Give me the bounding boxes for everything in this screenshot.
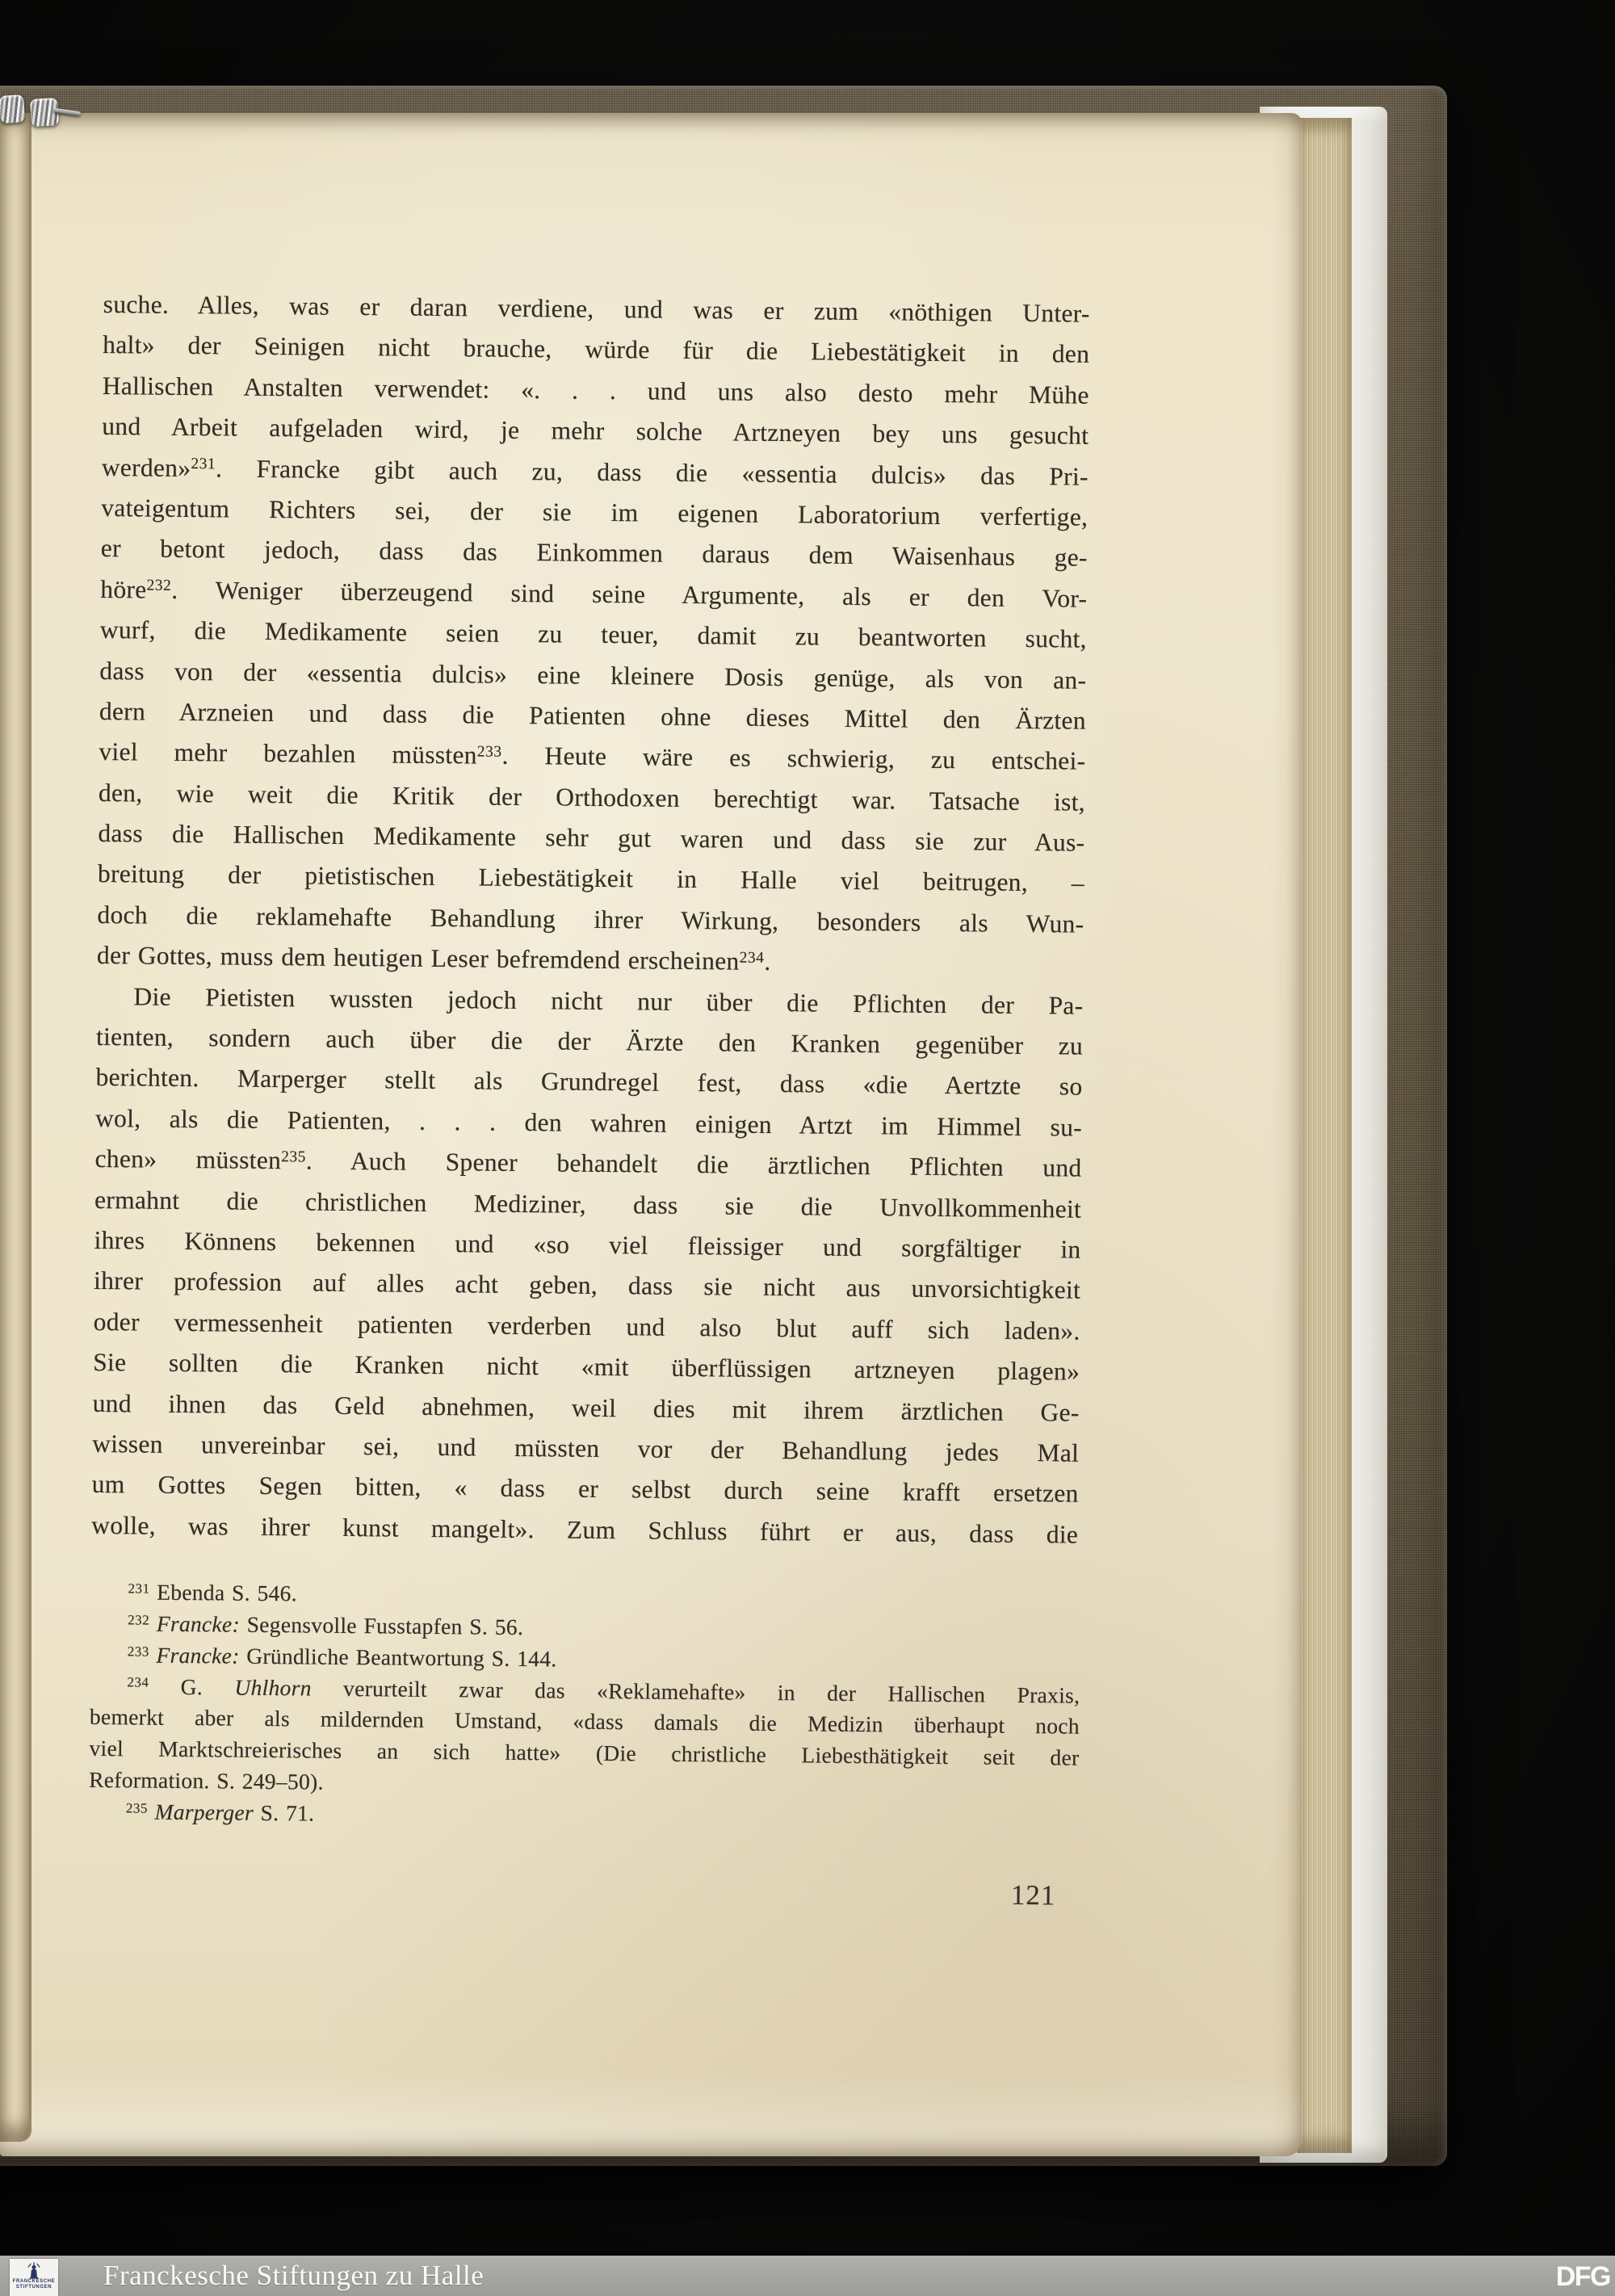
dfg-logo: DFG [1556,2256,1610,2296]
scan-info-bar: FRANCKESCHE STIFTUNGEN Franckesche Stift… [0,2256,1615,2296]
binding-spring-icon [30,98,59,127]
binding-spring-icon [0,94,25,124]
institution-name: Franckesche Stiftungen zu Halle [103,2256,484,2296]
footnotes: 231 Ebenda S. 546.232 Francke: Segensvol… [89,1576,1081,1836]
page-stack-fore-edge [1297,118,1352,2153]
body-paragraphs: suche. Alles, was er daran verdiene, und… [91,284,1090,1555]
institution-logo: FRANCKESCHE STIFTUNGEN [10,2259,58,2296]
institution-logo-text: FRANCKESCHE [13,2279,56,2285]
facing-page-sliver [0,113,31,2142]
text-line: wolle, was ihrer kunst mangelt». Zum Sch… [91,1505,1078,1555]
page-text: suche. Alles, was er daran verdiene, und… [87,284,1090,1990]
page-number: 121 [1011,1879,1056,1912]
institution-logo-icon [27,2261,41,2279]
scanned-book-photo: suche. Alles, was er daran verdiene, und… [0,0,1615,2296]
institution-logo-text: STIFTUNGEN [16,2285,52,2290]
